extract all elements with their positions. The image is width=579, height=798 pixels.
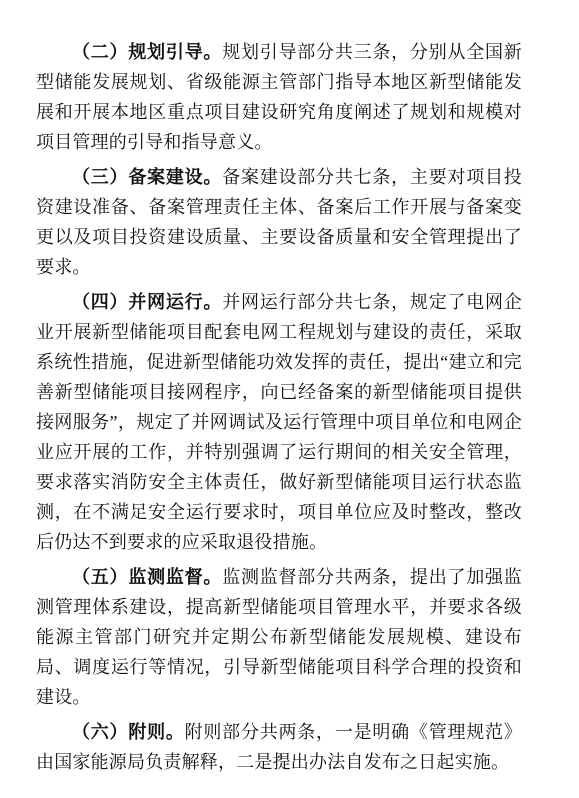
paragraph: （二）规划引导。规划引导部分共三条，分别从全国新型储能发展规划、省级能源主管部门… (36, 37, 522, 157)
document-page: （二）规划引导。规划引导部分共三条，分别从全国新型储能发展规划、省级能源主管部门… (0, 0, 579, 798)
paragraph: （四）并网运行。并网运行部分共七条，规定了电网企业开展新型储能项目配套电网工程规… (36, 287, 522, 557)
paragraph-heading: （六）附则。 (72, 722, 185, 742)
paragraph-text: 监测监督部分共两条，提出了加强监测管理体系建设，提高新型储能项目管理水平，并要求… (36, 567, 522, 707)
page-number: 3 (36, 752, 522, 763)
document-body: （二）规划引导。规划引导部分共三条，分别从全国新型储能发展规划、省级能源主管部门… (36, 37, 522, 777)
paragraph-heading: （五）监测监督。 (72, 567, 222, 587)
paragraph: （六）附则。附则部分共两条，一是明确《管理规范》由国家能源局负责解释，二是提出办… (36, 717, 522, 777)
paragraph: （五）监测监督。监测监督部分共两条，提出了加强监测管理体系建设，提高新型储能项目… (36, 562, 522, 712)
paragraph-heading: （四）并网运行。 (72, 292, 222, 312)
paragraph-heading: （三）备案建设。 (72, 167, 222, 187)
paragraph: （三）备案建设。备案建设部分共七条，主要对项目投资建设准备、备案管理责任主体、备… (36, 162, 522, 282)
paragraph-text: 并网运行部分共七条，规定了电网企业开展新型储能项目配套电网工程规划与建设的责任，… (36, 292, 522, 552)
paragraph-heading: （二）规划引导。 (72, 42, 222, 62)
